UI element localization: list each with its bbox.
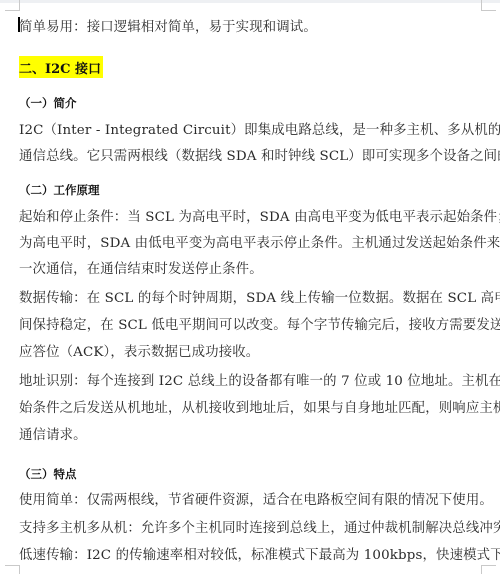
margin-mark-top-left: [5, 0, 20, 11]
subheading-features: （三）特点: [19, 466, 77, 482]
paragraph-line: 使用简单：仅需两根线，节省硬件资源，适合在电路板空间有限的情况下使用。: [19, 489, 493, 508]
intro-line: 简单易用：接口逻辑相对简单，易于实现和调试。: [19, 16, 317, 35]
top-ruler-strip: [0, 0, 500, 3]
paragraph-line: I2C（Inter - Integrated Circuit）即集成电路总线，是…: [19, 119, 500, 138]
paragraph-line: 应答位（ACK），表示数据已成功接收。: [19, 341, 259, 360]
paragraph-line: 支持多主机多从机：允许多个主机同时连接到总线上，通过仲裁机制解决总线冲突。: [19, 517, 500, 536]
paragraph-line: 起始和停止条件：当 SCL 为高电平时，SDA 由高电平变为低电平表示起始条件；…: [19, 206, 500, 225]
margin-mark-bottom-right: [481, 565, 496, 574]
paragraph-line: 通信请求。: [19, 424, 87, 443]
margin-mark-top-right: [481, 0, 496, 11]
paragraph-line: 为高电平时，SDA 由低电平变为高电平表示停止条件。主机通过发送起始条件来启动: [19, 232, 500, 251]
paragraph-line: 地址识别：每个连接到 I2C 总线上的设备都有唯一的 7 位或 10 位地址。主…: [19, 370, 500, 389]
paragraph-line: 间保持稳定，在 SCL 低电平期间可以改变。每个字节传输完后，接收方需要发送一个: [19, 314, 500, 333]
paragraph-line: 通信总线。它只需两根线（数据线 SDA 和时钟线 SCL）即可实现多个设备之间的…: [19, 145, 500, 164]
subheading-principle: （二）工作原理: [19, 182, 100, 198]
subheading-intro: （一）简介: [19, 95, 77, 111]
section-heading-i2c: 二、I2C 接口: [19, 56, 103, 78]
paragraph-line: 数据传输：在 SCL 的每个时钟周期，SDA 线上传输一位数据。数据在 SCL …: [19, 287, 500, 306]
paragraph-line: 一次通信，在通信结束时发送停止条件。: [19, 258, 263, 277]
margin-mark-bottom-left: [5, 565, 20, 574]
paragraph-line: 低速传输：I2C 的传输速率相对较低，标准模式下最高为 100kbps，快速模式…: [19, 544, 500, 563]
paragraph-line: 始条件之后发送从机地址，从机接收到地址后，如果与自身地址匹配，则响应主机的: [19, 397, 500, 416]
